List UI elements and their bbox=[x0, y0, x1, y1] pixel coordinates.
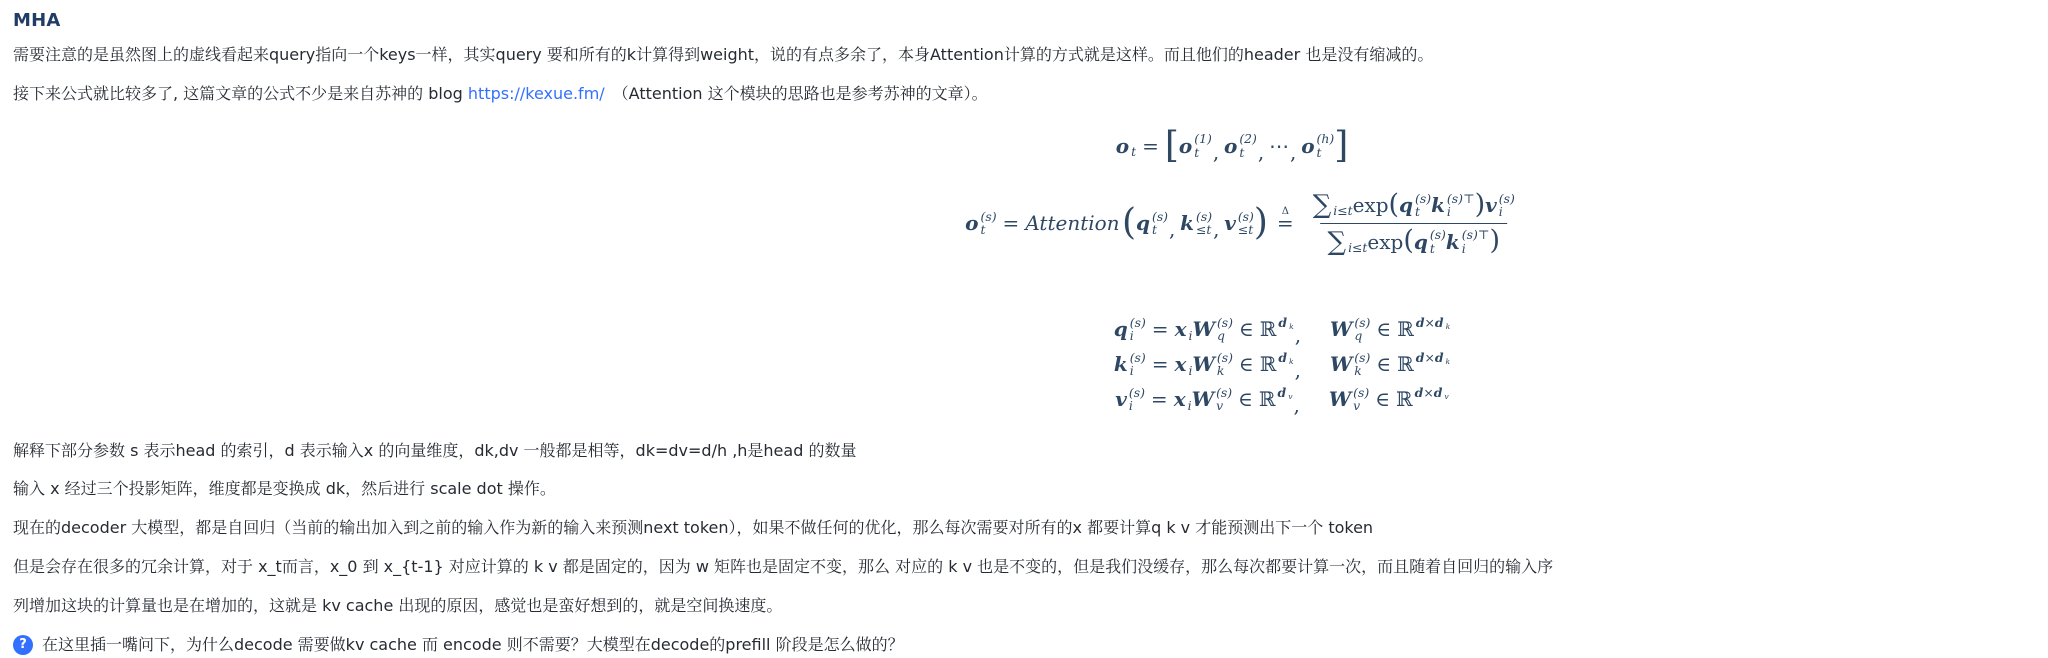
formula-qkv-projections: q(s)i=xiW(s)q∈ℝdk,W(s)q∈ℝd×dk k(s)i=xiW(… bbox=[1114, 312, 1450, 417]
question-text: 在这里插一嘴问下，为什么decode 需要做kv cache 而 encode … bbox=[42, 626, 904, 658]
paragraph-blog-ref-before: 接下来公式就比较多了, 这篇文章的公式不少是来自苏神的 blog bbox=[13, 84, 468, 103]
question-callout: ? 在这里插一嘴问下，为什么decode 需要做kv cache 而 encod… bbox=[13, 626, 1560, 658]
document-page: MHA 需要注意的是虽然图上的虚线看起来query指向一个keys一样，其实qu… bbox=[0, 0, 1560, 658]
paragraph-decoder-autoregressive: 现在的decoder 大模型，都是自回归（当前的输出加入到之前的输入作为新的输入… bbox=[13, 509, 1560, 548]
paragraph-kv-cache-reason: 但是会存在很多的冗余计算，对于 x_t而言，x_0 到 x_{t-1} 对应计算… bbox=[13, 548, 1560, 626]
page-title: MHA bbox=[13, 6, 1560, 36]
formula-attention-definition: o(s)t=Attention(q(s)t,k(s)≤t,v(s)≤t)=Δ∑i… bbox=[965, 192, 1525, 255]
paragraph-params-explain: 解释下部分参数 s 表示head 的索引，d 表示输入x 的向量维度，dk,dv… bbox=[13, 432, 1560, 471]
formula-v-projection: v(s)i=xiW(s)v∈ℝdv,W(s)v∈ℝd×dv bbox=[1115, 382, 1448, 417]
formula-output-concat: ot=[o(1)t,o(2)t,⋯,o(h)t] bbox=[1116, 130, 1348, 162]
paragraph-blog-ref-after: （Attention 这个模块的思路也是参考苏神的文章）。 bbox=[605, 84, 988, 103]
kexue-blog-link[interactable]: https://kexue.fm/ bbox=[468, 84, 605, 103]
paragraph-query-note: 需要注意的是虽然图上的虚线看起来query指向一个keys一样，其实query … bbox=[13, 36, 1560, 75]
question-icon: ? bbox=[13, 635, 33, 655]
formula-zone: ot=[o(1)t,o(2)t,⋯,o(h)t] o(s)t=Attention… bbox=[13, 114, 2043, 432]
paragraph-blog-ref: 接下来公式就比较多了, 这篇文章的公式不少是来自苏神的 blog https:/… bbox=[13, 75, 1560, 114]
formula-k-projection: k(s)i=xiW(s)k∈ℝdk,W(s)k∈ℝd×dk bbox=[1114, 347, 1450, 382]
formula-q-projection: q(s)i=xiW(s)q∈ℝdk,W(s)q∈ℝd×dk bbox=[1114, 312, 1450, 347]
paragraph-projection-explain: 输入 x 经过三个投影矩阵，维度都是变换成 dk，然后进行 scale dot … bbox=[13, 470, 1560, 509]
